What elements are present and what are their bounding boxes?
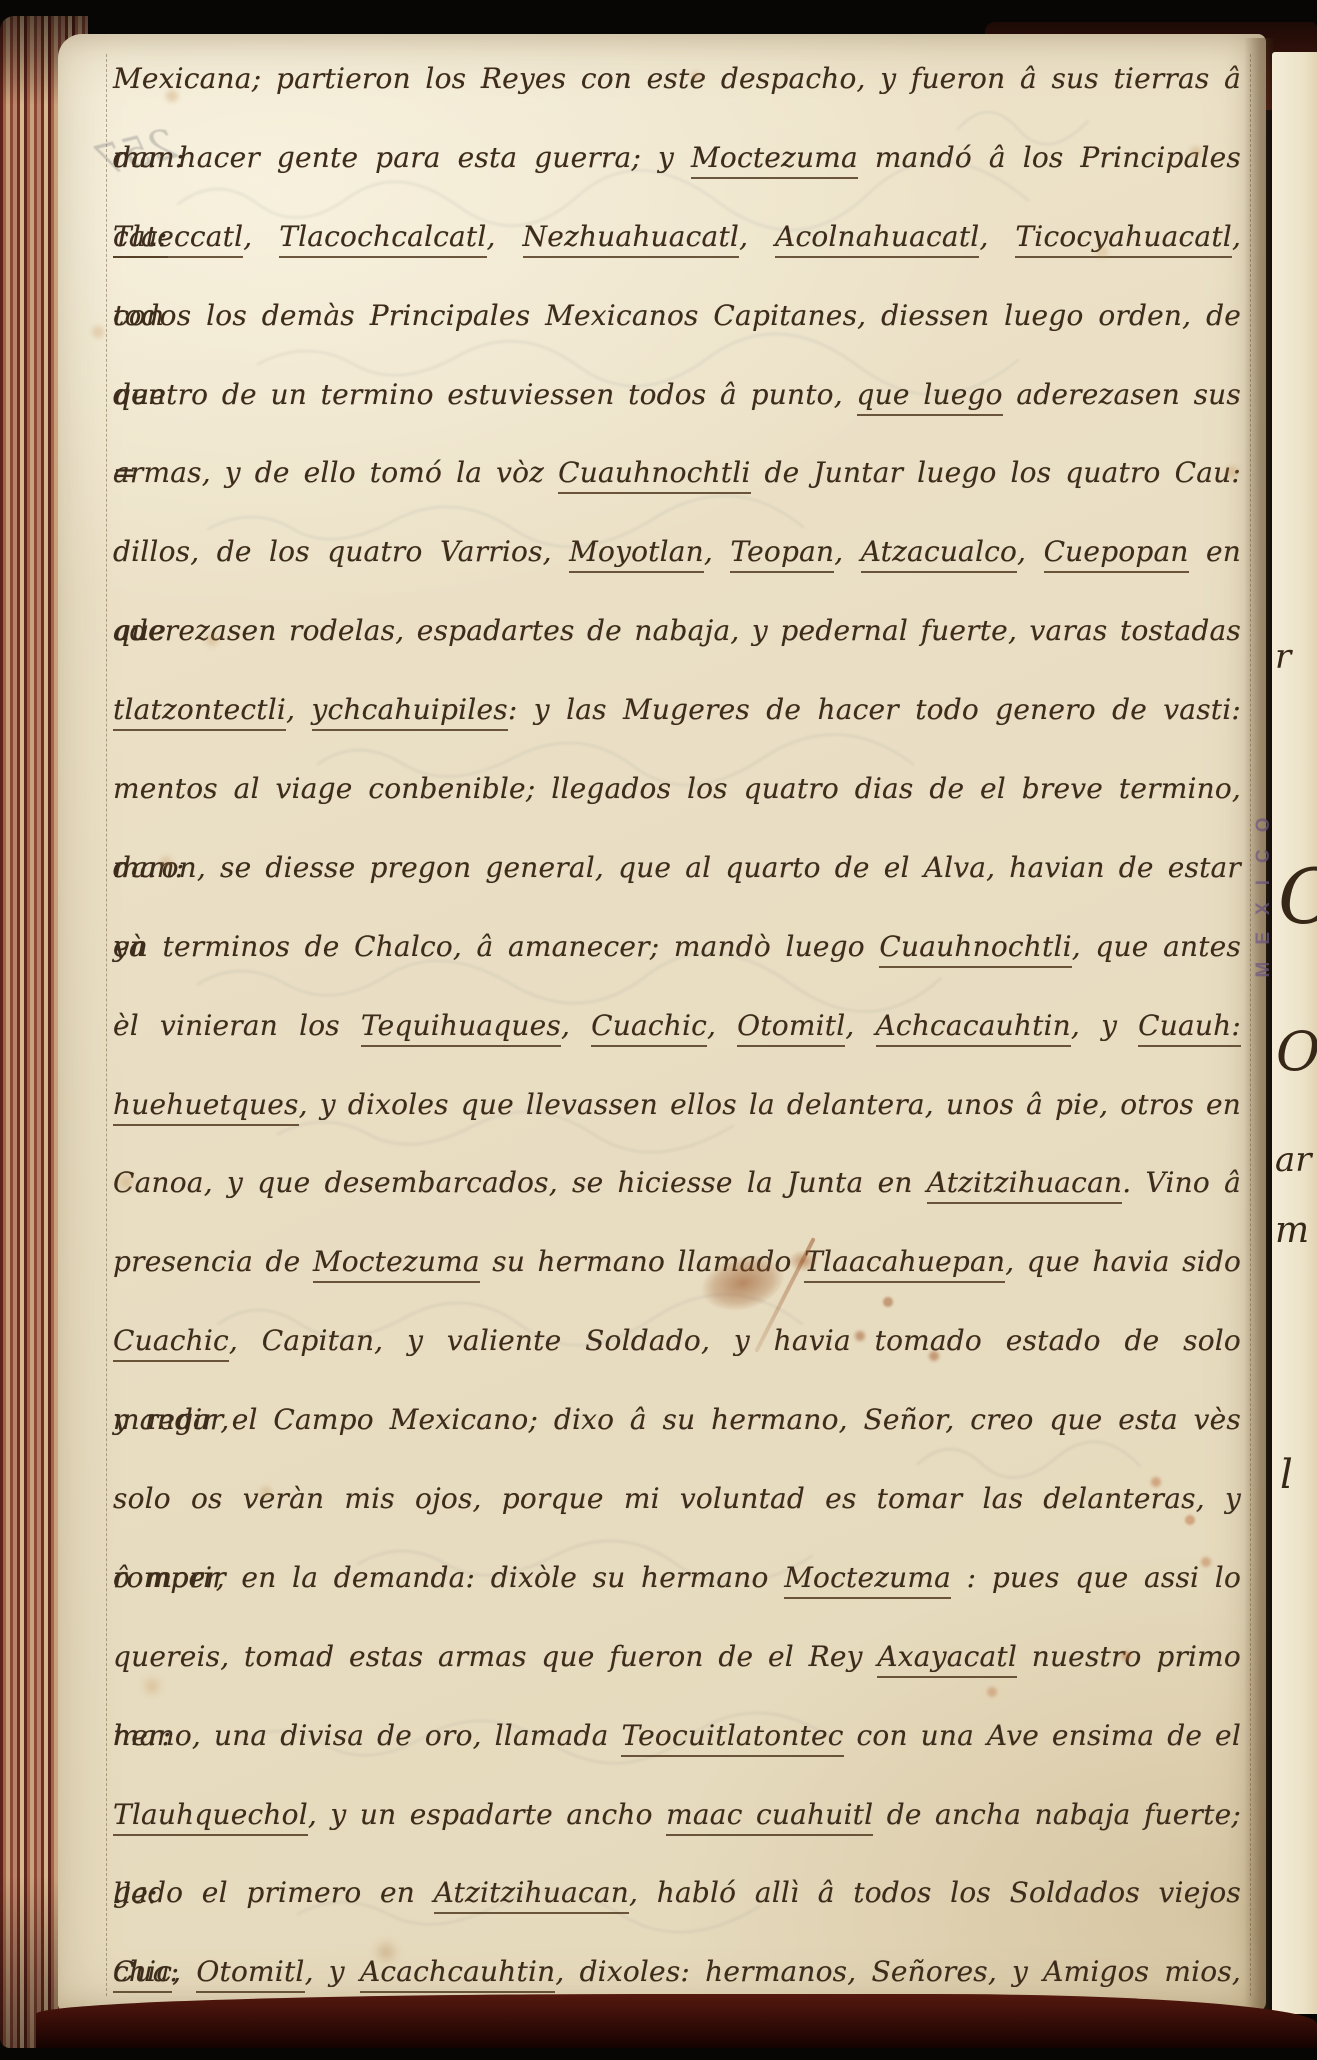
manuscript-line: mano, una divisa de oro, llamada Teocuit… xyxy=(113,1697,1241,1776)
underlined-term: Otomitl xyxy=(196,1955,304,1993)
manuscript-line: dentro de un termino estuviessen todos â… xyxy=(113,356,1241,435)
manuscript-line: gado el primero en Atzitzihuacan, habló … xyxy=(113,1854,1241,1933)
underlined-term: Atzitzihuacan xyxy=(434,1876,629,1914)
text-segment: , xyxy=(286,693,311,726)
underlined-term: Moctezuma xyxy=(784,1561,951,1599)
text-segment: , dixoles: hermanos, Señores, y Amigos m… xyxy=(555,1955,1241,1988)
manuscript-line: armas, y de ello tomó la vòz Cuauhnochtl… xyxy=(113,434,1241,513)
text-segment: dillos, de los quatro Varrios, xyxy=(113,535,569,568)
underlined-term: tlatzontectli xyxy=(113,693,286,731)
underlined-term: Ticocyahuacatl xyxy=(1015,220,1232,258)
underlined-term: Moctezuma xyxy=(691,141,858,179)
underlined-term: Teocuitlatontec xyxy=(621,1719,843,1757)
text-segment: con una Ave ensima de el xyxy=(844,1719,1241,1752)
underlined-term: Tlauhquechol xyxy=(113,1798,308,1836)
manuscript-line: cateccatl, Tlacochcalcatl, Nezhuahuacatl… xyxy=(113,198,1241,277)
underlined-term: Atzacualco xyxy=(861,535,1017,573)
manuscript-line: daron, se diesse pregon general, que al … xyxy=(113,829,1241,908)
next-page-text-fragment: l xyxy=(1280,1452,1293,1498)
text-segment: , xyxy=(979,220,1015,253)
text-segment: en terminos de Chalco, â amanecer; mandò… xyxy=(113,930,879,963)
underlined-term: Axayacatl xyxy=(877,1640,1017,1678)
underlined-term: Moyotlan xyxy=(569,535,704,573)
underlined-term: Acolnahuacatl xyxy=(775,220,979,258)
text-segment: , y un espadarte ancho xyxy=(308,1798,666,1831)
underlined-term: chic xyxy=(113,1955,172,1993)
next-page-text-fragment: C xyxy=(1278,852,1317,941)
text-segment: , xyxy=(704,535,731,568)
text-segment: . Vino â xyxy=(1122,1166,1241,1199)
text-segment: aderezasen rodelas, espadartes de nabaja… xyxy=(113,614,1241,647)
text-segment: , xyxy=(243,220,279,253)
manuscript-line: huehuetques, y dixoles que llevassen ell… xyxy=(113,1066,1241,1145)
text-segment: , xyxy=(172,1955,196,1988)
underlined-term: Cuauh: xyxy=(1138,1009,1241,1047)
text-segment: èl vinieran los xyxy=(113,1009,361,1042)
next-page-text-fragment: ar xyxy=(1275,1140,1312,1180)
manuscript-line: aderezasen rodelas, espadartes de nabaja… xyxy=(113,592,1241,671)
underlined-term: Moctezuma xyxy=(313,1245,480,1283)
underlined-term: ychcahuipiles xyxy=(312,693,508,731)
underlined-term: Cuepopan xyxy=(1044,535,1189,573)
text-segment: , xyxy=(561,1009,591,1042)
text-segment: : pues que assi lo xyxy=(951,1561,1241,1594)
manuscript-line: solo os veràn mis ojos, porque mi volunt… xyxy=(113,1460,1241,1539)
underlined-term: que luego xyxy=(857,378,1003,416)
foxing-spots xyxy=(0,0,8,8)
manuscript-line: tlatzontectli, ychcahuipiles: y las Muge… xyxy=(113,671,1241,750)
book-photo: 257 Mexicana; partieron los Reyes con es… xyxy=(0,0,1317,2060)
underlined-term: Acachcauhtin xyxy=(360,1955,555,1993)
manuscript-line: dar hacer gente para esta guerra; y Moct… xyxy=(113,119,1241,198)
underlined-term: Tlacochcalcatl xyxy=(279,220,486,258)
text-segment: armas, y de ello tomó la vòz xyxy=(113,456,558,489)
underlined-term: Teopan xyxy=(730,535,834,573)
next-page-edge: r C O ar m l xyxy=(1272,52,1317,2014)
text-segment: mandó â los Principales xyxy=(858,141,1241,174)
underlined-term: Nezhuahuacatl xyxy=(523,220,740,258)
manuscript-line: ô morir en la demanda: dixòle su hermano… xyxy=(113,1539,1241,1618)
manuscript-line: Canoa, y que desembarcados, se hiciesse … xyxy=(113,1144,1241,1223)
manuscript-line: mentos al viage conbenible; llegados los… xyxy=(113,750,1241,829)
book-cover-edge-bottom xyxy=(36,1994,1317,2048)
text-segment: , y dixoles que llevassen ellos la delan… xyxy=(299,1088,1241,1121)
underlined-term: Cuachic xyxy=(591,1009,707,1047)
text-segment: : y las Mugeres de hacer todo genero de … xyxy=(508,693,1241,726)
underlined-term: Cuauhnochtli xyxy=(879,930,1071,968)
text-segment: dentro de un termino estuviessen todos â… xyxy=(113,378,857,411)
next-page-text-fragment: O xyxy=(1276,1020,1317,1083)
next-page-text-fragment: r xyxy=(1275,637,1291,677)
text-segment: , y xyxy=(305,1955,360,1988)
text-segment: , xyxy=(487,220,523,253)
underlined-term: huehuetques xyxy=(113,1088,299,1126)
manuscript-line: en terminos de Chalco, â amanecer; mandò… xyxy=(113,908,1241,987)
text-segment: y regir el Campo Mexicano; dixo â su her… xyxy=(113,1403,1241,1436)
text-segment: de Juntar luego los quatro Cau: xyxy=(751,456,1241,489)
underlined-term: Atzitzihuacan xyxy=(927,1166,1122,1204)
manuscript-line: y regir el Campo Mexicano; dixo â su her… xyxy=(113,1381,1241,1460)
next-page-text-fragment: m xyxy=(1275,1210,1309,1251)
text-segment: Canoa, y que desembarcados, se hiciesse … xyxy=(113,1166,927,1199)
text-segment: , xyxy=(739,220,775,253)
text-segment: mano, una divisa de oro, llamada xyxy=(113,1719,621,1752)
underlined-term: maac cuahuitl xyxy=(666,1798,873,1836)
manuscript-line: quereis, tomad estas armas que fueron de… xyxy=(113,1618,1241,1697)
text-segment: , y xyxy=(1071,1009,1138,1042)
text-segment: ô morir en la demanda: dixòle su hermano xyxy=(113,1561,784,1594)
manuscript-line: presencia de Moctezuma su hermano llamad… xyxy=(113,1223,1241,1302)
underlined-term: Tlaacahuepan xyxy=(804,1245,1005,1283)
text-segment: , xyxy=(707,1009,737,1042)
text-segment: presencia de xyxy=(113,1245,313,1278)
margin-rule-left xyxy=(106,54,107,1996)
text-segment: , que havia sido xyxy=(1005,1245,1241,1278)
underlined-term: Otomitl xyxy=(737,1009,845,1047)
text-segment: gado el primero en xyxy=(113,1876,434,1909)
manuscript-line: Tlauhquechol, y un espadarte ancho maac … xyxy=(113,1776,1241,1855)
manuscript-line: Cuachic, Capitan, y valiente Soldado, y … xyxy=(113,1302,1241,1381)
text-block: Mexicana; partieron los Reyes con este d… xyxy=(113,40,1241,2012)
text-segment: , xyxy=(1017,535,1044,568)
text-segment: , xyxy=(834,535,861,568)
underlined-term: Cuauhnochtli xyxy=(558,456,750,494)
manuscript-line: todos los demàs Principales Mexicanos Ca… xyxy=(113,277,1241,356)
manuscript-line: dillos, de los quatro Varrios, Moyotlan,… xyxy=(113,513,1241,592)
underlined-term: Tequihuaques xyxy=(361,1009,561,1047)
underlined-term: cateccatl xyxy=(113,220,243,258)
text-segment: dar hacer gente para esta guerra; y xyxy=(113,141,691,174)
text-segment: quereis, tomad estas armas que fueron de… xyxy=(113,1640,877,1673)
text-segment: , que antes xyxy=(1072,930,1241,963)
manuscript-line: èl vinieran los Tequihuaques, Cuachic, O… xyxy=(113,987,1241,1066)
text-segment: , xyxy=(845,1009,875,1042)
underlined-term: Cuachic xyxy=(113,1324,229,1362)
manuscript-line: Mexicana; partieron los Reyes con este d… xyxy=(113,40,1241,119)
page-gutter-shadow xyxy=(1244,38,1274,2012)
underlined-term: Achcacauhtin xyxy=(876,1009,1071,1047)
